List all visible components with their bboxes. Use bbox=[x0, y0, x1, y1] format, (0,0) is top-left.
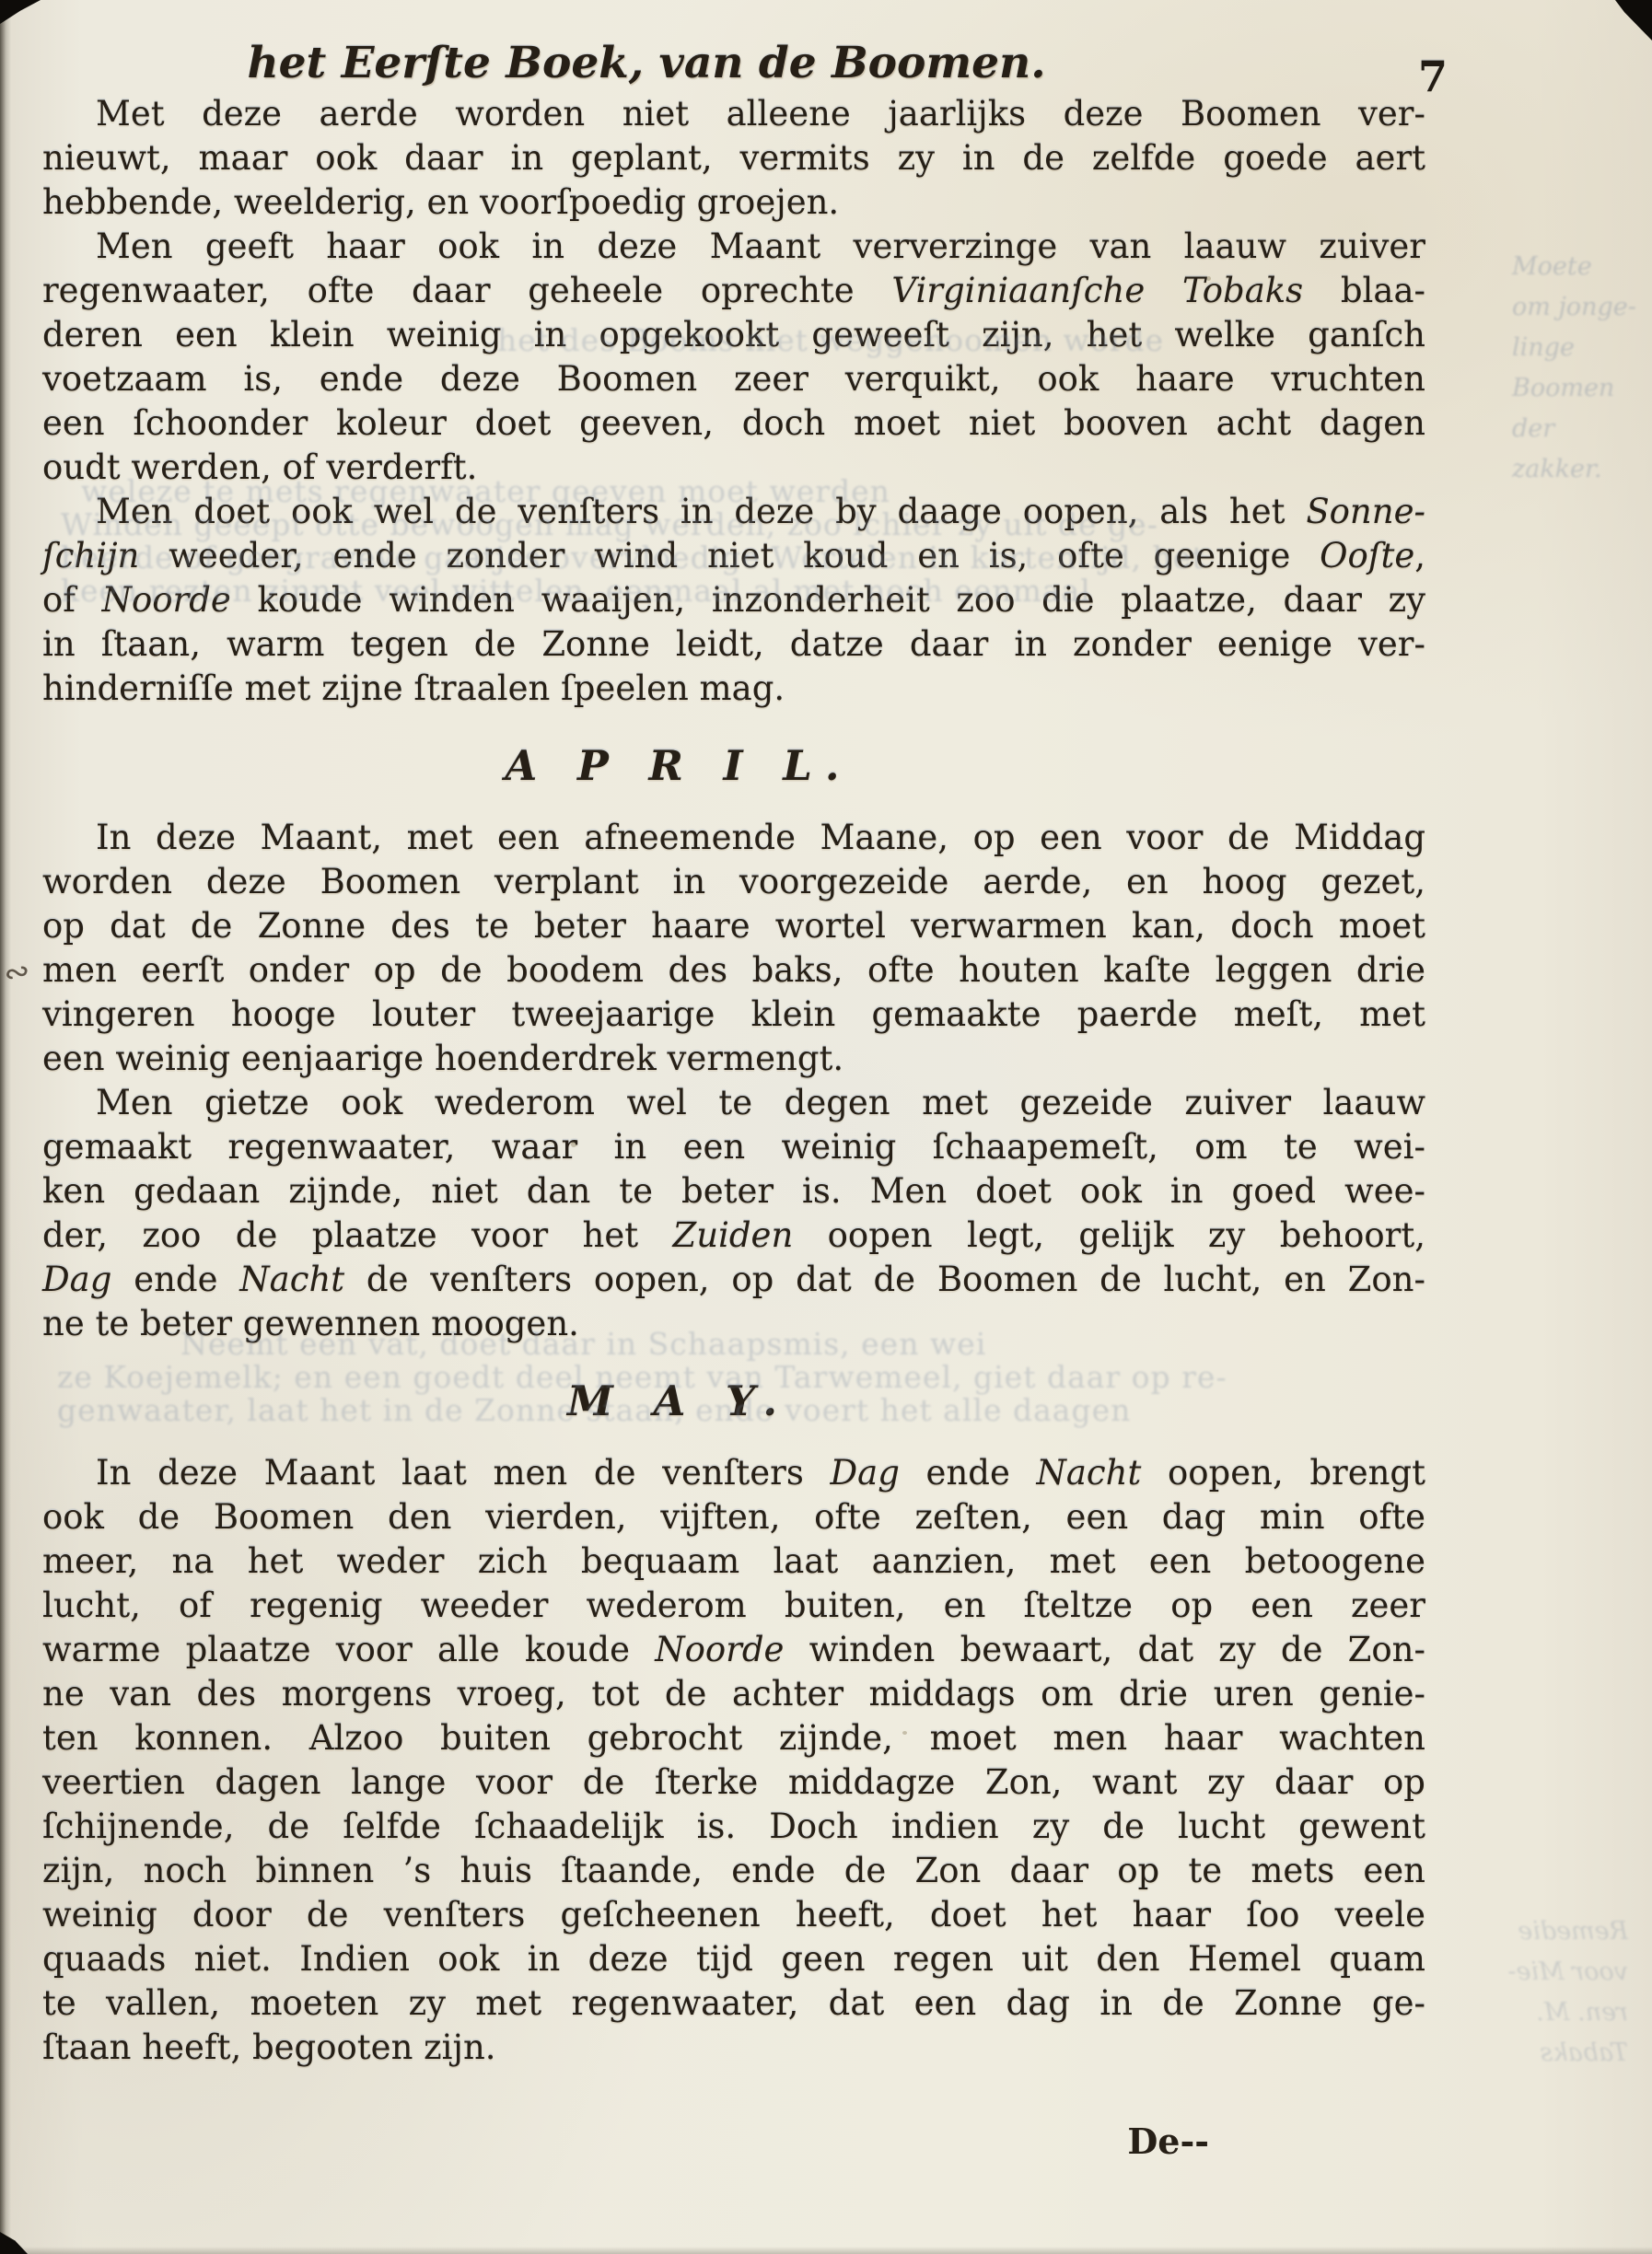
body-text: der, zoo de plaatze voor het bbox=[42, 1215, 672, 1255]
body-text: ne van des morgens vroeg, tot de achter … bbox=[42, 1674, 1425, 1714]
text-line: In deze Maant laat men de venſters Dag e… bbox=[42, 1451, 1425, 1495]
text-line: Dag ende Nacht de venſters oopen, op dat… bbox=[42, 1258, 1425, 1302]
italic-text: Noorde bbox=[655, 1630, 784, 1669]
text-line: In deze Maant, met een afneemende Maane,… bbox=[42, 816, 1425, 860]
body-text: lucht, of regenig weeder wederom buiten,… bbox=[42, 1586, 1425, 1625]
margin-note-line: Remedie bbox=[1481, 1911, 1628, 1952]
section-heading: A P R I L. bbox=[42, 742, 1425, 790]
catchword: De-- bbox=[42, 2120, 1425, 2164]
text-line: vingeren hooge louter tweejaarige klein … bbox=[42, 993, 1425, 1037]
body-text: quaads niet. Indien ook in deze tijd gee… bbox=[42, 1939, 1425, 1979]
body-text: ende bbox=[111, 1260, 239, 1299]
body-text: op dat de Zonne des te beter haare worte… bbox=[42, 906, 1425, 946]
margin-note-line: Moete bbox=[1512, 247, 1652, 287]
text-line: veertien dagen lange voor de ſterke midd… bbox=[42, 1760, 1425, 1805]
text-line: lucht, of regenig weeder wederom buiten,… bbox=[42, 1584, 1425, 1628]
text-line: op dat de Zonne des te beter haare worte… bbox=[42, 904, 1425, 948]
body-text: In deze Maant, met een afneemende Maane,… bbox=[96, 818, 1425, 857]
margin-note-line: Tabaks bbox=[1481, 2033, 1628, 2074]
italic-text: Zuiden bbox=[672, 1215, 793, 1255]
body-text: vingeren hooge louter tweejaarige klein … bbox=[42, 994, 1425, 1034]
paragraph: In deze Maant laat men de venſters Dag e… bbox=[42, 1451, 1425, 2070]
body-text: in ſtaan, warm tegen de Zonne leidt, dat… bbox=[42, 624, 1425, 664]
text-line: Men gietze ook wederom wel te degen met … bbox=[42, 1081, 1425, 1125]
running-header: het Eerſte Boek, van de Boomen. bbox=[42, 37, 1425, 90]
margin-note-line: Boomen der bbox=[1512, 368, 1652, 449]
paragraph: Met deze aerde worden niet alleene jaarl… bbox=[42, 92, 1425, 225]
text-line: der, zoo de plaatze voor het Zuiden oope… bbox=[42, 1214, 1425, 1258]
body-text: te vallen, moeten zy met regenwaater, da… bbox=[42, 1983, 1425, 2023]
body-text: Men gietze ook wederom wel te degen met … bbox=[96, 1083, 1425, 1122]
body-text: nieuwt, maar ook daar in geplant, vermit… bbox=[42, 138, 1425, 178]
text-line: weinig door de venſters geſcheenen heeft… bbox=[42, 1893, 1425, 1937]
text-line: een weinig eenjaarige hoenderdrek vermen… bbox=[42, 1037, 1425, 1081]
page-content: Met deze aerde worden niet alleene jaarl… bbox=[42, 92, 1425, 2070]
scan-corner-top-right bbox=[1606, 0, 1652, 41]
margin-note-top-right: Moeteom jonge-lingeBoomen derzakker. bbox=[1512, 247, 1652, 490]
body-text: In deze Maant laat men de venſters bbox=[96, 1453, 831, 1493]
text-line: ten konnen. Alzoo buiten gebrocht zijnde… bbox=[42, 1716, 1425, 1760]
show-through-line: ze Koejemelk; en een goedt deel neemt va… bbox=[57, 1359, 1227, 1395]
text-line: ſchijnende, de ſelfde ſchaadelijk is. Do… bbox=[42, 1805, 1425, 1849]
body-text: de venſters oopen, op dat de Boomen de l… bbox=[344, 1260, 1425, 1299]
paragraph: Men gietze ook wederom wel te degen met … bbox=[42, 1081, 1425, 1346]
show-through-line: beerde of geegraveve gaatjes overvloedig… bbox=[61, 540, 1205, 575]
margin-note-line: voor Mie- bbox=[1481, 1952, 1628, 1993]
paragraph: In deze Maant, met een afneemende Maane,… bbox=[42, 816, 1425, 1081]
text-line: te vallen, moeten zy met regenwaater, da… bbox=[42, 1981, 1425, 2026]
text-line: Met deze aerde worden niet alleene jaarl… bbox=[42, 92, 1425, 136]
body-text: Met deze aerde worden niet alleene jaarl… bbox=[96, 94, 1425, 134]
text-line: worden deze Boomen verplant in voorgezei… bbox=[42, 860, 1425, 904]
text-line: men eerſt onder op de boodem des baks, o… bbox=[42, 948, 1425, 993]
text-line: quaads niet. Indien ook in deze tijd gee… bbox=[42, 1937, 1425, 1981]
body-text: veertien dagen lange voor de ſterke midd… bbox=[42, 1762, 1425, 1802]
text-line: warme plaatze voor alle koude Noorde win… bbox=[42, 1628, 1425, 1672]
margin-note-line: om jonge- bbox=[1512, 287, 1652, 328]
margin-note-line: linge bbox=[1512, 328, 1652, 368]
margin-note-line: zakker. bbox=[1512, 449, 1652, 490]
body-text: meer, na het weder zich bequaam laat aan… bbox=[42, 1541, 1425, 1581]
italic-text: Ooſte bbox=[1320, 536, 1414, 575]
body-text: worden deze Boomen verplant in voorgezei… bbox=[42, 862, 1425, 901]
body-text: ten konnen. Alzoo buiten gebrocht zijnde… bbox=[42, 1718, 1425, 1758]
italic-text: Dag bbox=[42, 1260, 111, 1299]
text-line: nieuwt, maar ook daar in geplant, vermit… bbox=[42, 136, 1425, 180]
body-text: Men geeft haar ook in deze Maant ververz… bbox=[96, 227, 1425, 266]
show-through-line: Neemt een vat, doet daar in Schaapsmis, … bbox=[180, 1326, 986, 1362]
text-line: ook de Boomen den vierden, vijften, ofte… bbox=[42, 1495, 1425, 1539]
margin-note-line: ren. M. bbox=[1481, 1993, 1628, 2033]
text-line: gemaakt regenwaater, waar in een weinig … bbox=[42, 1125, 1425, 1169]
body-text: , bbox=[1414, 536, 1425, 575]
italic-text: Virginiaanſche Tobaks bbox=[891, 271, 1303, 310]
body-text: oopen, brengt bbox=[1141, 1453, 1425, 1493]
body-text: ken gedaan zijnde, niet dan te beter is.… bbox=[42, 1171, 1425, 1211]
text-line: meer, na het weder zich bequaam laat aan… bbox=[42, 1539, 1425, 1584]
text-line: ſtaan heeft, begooten zijn. bbox=[42, 2026, 1425, 2070]
show-through-line: Winden geeept otte bewoogen mag werden, … bbox=[61, 506, 1158, 542]
margin-note-bottom-right: Remedievoor Mie-ren. M.Tabaks bbox=[1481, 1911, 1628, 2074]
italic-text: Dag bbox=[831, 1453, 900, 1493]
text-line: in ſtaan, warm tegen de Zonne leidt, dat… bbox=[42, 622, 1425, 667]
text-line: hebbende, weelderig, en voorſpoedig groe… bbox=[42, 180, 1425, 225]
text-line: ken gedaan zijnde, niet dan te beter is.… bbox=[42, 1169, 1425, 1214]
text-line: voetzaam is, ende deze Boomen zeer verqu… bbox=[42, 357, 1425, 401]
body-text: warme plaatze voor alle koude bbox=[42, 1630, 655, 1669]
scan-corner-bottom-left bbox=[0, 2232, 28, 2254]
text-line: ne van des morgens vroeg, tot de achter … bbox=[42, 1672, 1425, 1716]
show-through-line: weleze te mets regenwaater geeven moet w… bbox=[81, 473, 890, 509]
text-line: een ſchoonder koleur doet geeven, doch m… bbox=[42, 401, 1425, 446]
body-text: oopen legt, gelijk zy behoort, bbox=[793, 1215, 1425, 1255]
body-text: hebbende, weelderig, en voorſpoedig groe… bbox=[42, 182, 839, 222]
body-text: regenwaater, ofte daar geheele oprechte bbox=[42, 271, 891, 310]
italic-text: Sonne- bbox=[1306, 492, 1425, 531]
body-text: zijn, noch binnen ’s huis ſtaande, ende … bbox=[42, 1851, 1425, 1890]
body-text: voetzaam is, ende deze Boomen zeer verqu… bbox=[42, 359, 1425, 399]
body-text: ook de Boomen den vierden, vijften, ofte… bbox=[42, 1497, 1425, 1537]
body-text: ſtaan heeft, begooten zijn. bbox=[42, 2027, 496, 2067]
show-through-line: het des Booms niet weggenoomen worde bbox=[497, 322, 1164, 358]
text-line: hinderniſſe met zijne ſtraalen ſpeelen m… bbox=[42, 667, 1425, 711]
body-text: gemaakt regenwaater, waar in een weinig … bbox=[42, 1127, 1425, 1167]
body-text: weinig door de venſters geſcheenen heeft… bbox=[42, 1895, 1425, 1934]
show-through-line: keen rezten zinnet veel wittelen, eenmaa… bbox=[61, 573, 1091, 609]
body-text: ſchijnende, de ſelfde ſchaadelijk is. Do… bbox=[42, 1807, 1425, 1846]
book-page-scan: ∾ 7 het Eerſte Boek, van de Boomen. Met … bbox=[0, 0, 1652, 2254]
text-line: zijn, noch binnen ’s huis ſtaande, ende … bbox=[42, 1849, 1425, 1893]
body-text: winden bewaart, dat zy de Zon- bbox=[784, 1630, 1425, 1669]
text-line: Men geeft haar ook in deze Maant ververz… bbox=[42, 225, 1425, 269]
body-text: ende bbox=[900, 1453, 1037, 1493]
scan-bottom-edge-shadow bbox=[0, 2247, 1652, 2254]
body-text: blaa- bbox=[1303, 271, 1425, 310]
italic-text: Nacht bbox=[1037, 1453, 1142, 1493]
body-text: een ſchoonder koleur doet geeven, doch m… bbox=[42, 403, 1425, 443]
body-text: hinderniſſe met zijne ſtraalen ſpeelen m… bbox=[42, 668, 785, 708]
show-through-line: genwaater, laat het in de Zonne staan, e… bbox=[57, 1392, 1131, 1428]
body-text: een weinig eenjaarige hoenderdrek vermen… bbox=[42, 1039, 843, 1078]
text-line: regenwaater, ofte daar geheele oprechte … bbox=[42, 269, 1425, 313]
scan-left-edge-shadow bbox=[0, 0, 11, 2254]
italic-text: Nacht bbox=[239, 1260, 344, 1299]
body-text: men eerſt onder op de boodem des baks, o… bbox=[42, 950, 1425, 990]
